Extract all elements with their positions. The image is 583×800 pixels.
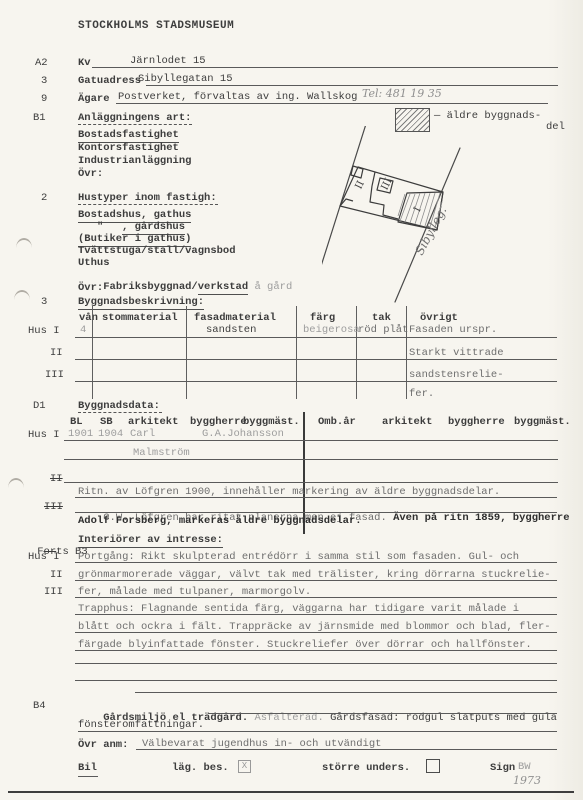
b4-line2: fönsteromfattningar. bbox=[78, 719, 204, 731]
row-label-hus1: Hus I bbox=[28, 325, 60, 337]
field-value-gatuadress: Sibyllegatan 15 bbox=[138, 73, 233, 85]
d1-header-sb: SB bbox=[100, 416, 113, 428]
field-value-agare: Postverket, förvaltas av ing. Wallskog bbox=[118, 91, 357, 103]
handwritten-year: 1973 bbox=[513, 775, 541, 788]
section-title-hustyper: Hustyper inom fastigh: bbox=[78, 192, 217, 204]
cell-bl: 1901 bbox=[68, 428, 93, 440]
empty-rule bbox=[135, 692, 557, 693]
bil-label: Bil bbox=[78, 762, 97, 774]
section-code-d1: D1 bbox=[33, 400, 46, 412]
cell-fasadmaterial: sandsten bbox=[206, 324, 256, 336]
street-line-left bbox=[322, 126, 366, 282]
row-rule bbox=[75, 562, 557, 563]
scanned-form-page: STOCKHOLMS STADSMUSEUM A2 Kv Järnlodet 1… bbox=[0, 0, 583, 800]
col-header-stommaterial: stommaterial bbox=[102, 312, 178, 324]
s2-item: Uthus bbox=[78, 257, 110, 269]
col-header-fasadmaterial: fasadmaterial bbox=[194, 312, 276, 324]
field-label-kv: Kv bbox=[78, 57, 91, 69]
section-code-b4: B4 bbox=[33, 700, 46, 712]
dashed-rule bbox=[78, 124, 192, 125]
row-rule bbox=[75, 632, 557, 633]
col-header-van: vån bbox=[79, 312, 98, 324]
field-code-gatuadress: 3 bbox=[41, 75, 47, 87]
ovr-anm-label: Övr anm: bbox=[78, 739, 128, 751]
b1-item: Kontorsfastighet bbox=[78, 142, 179, 154]
col-rule bbox=[406, 306, 407, 399]
d1-header-arkitekt: arkitekt bbox=[128, 416, 178, 428]
row-rule bbox=[75, 512, 557, 513]
field-code-kv: A2 bbox=[35, 57, 48, 69]
section-code-3: 3 bbox=[41, 296, 47, 308]
checkbox-lag-bes: X bbox=[238, 760, 251, 773]
row-label-hus2-struck: II bbox=[50, 473, 63, 485]
d1-header-arkitekt2: arkitekt bbox=[382, 416, 432, 428]
cell-ovrigt: fer. bbox=[409, 388, 434, 400]
row-rule bbox=[75, 359, 557, 360]
field-label-gatuadress: Gatuadress bbox=[78, 75, 141, 87]
field-label-agare: Ägare bbox=[78, 93, 110, 105]
page-bottom-rule bbox=[8, 791, 574, 793]
row-rule bbox=[75, 337, 557, 338]
section-title-interiorer: Interiörer av intresse: bbox=[78, 534, 223, 548]
rule bbox=[116, 103, 548, 104]
cell-byggherre: G.A.Johansson bbox=[202, 428, 284, 440]
row-label-hus3: III bbox=[45, 369, 64, 381]
checkbox-storre-unders bbox=[426, 759, 440, 773]
row-label-hus1: Hus I bbox=[28, 551, 60, 563]
row-label-hus2: II bbox=[50, 569, 63, 581]
s2-item: Tvättstuga/stall/vagnsbod bbox=[78, 245, 236, 257]
col-rule bbox=[186, 306, 187, 399]
row-label-hus3: III bbox=[44, 586, 63, 598]
cell-van: 4 bbox=[80, 324, 86, 336]
dashed-rule bbox=[78, 204, 218, 205]
b1-item: Industrianläggning bbox=[78, 155, 191, 167]
section-title-byggnadsdata: Byggnadsdata: bbox=[78, 400, 160, 412]
pencil-mark bbox=[8, 478, 24, 488]
row-rule bbox=[75, 497, 557, 498]
handwritten-phone-note: Tel: 481 19 35 bbox=[362, 88, 442, 101]
row-rule bbox=[64, 459, 558, 460]
col-header-ovrigt: övrigt bbox=[420, 312, 458, 324]
col-rule bbox=[296, 306, 297, 399]
cell-arkitekt: Carl bbox=[130, 428, 155, 440]
row-rule bbox=[75, 580, 557, 581]
rule bbox=[92, 67, 558, 68]
pencil-mark bbox=[14, 290, 30, 300]
d1-note: Adolf Forsberg, markeras äldre byggnadsd… bbox=[78, 515, 362, 527]
s2-item: Övr: bbox=[78, 282, 103, 294]
cell-ovrigt: Fasaden urspr. bbox=[409, 324, 497, 336]
bil-underline bbox=[78, 776, 98, 777]
col-rule bbox=[356, 306, 357, 399]
d1-header-byggmast: byggmäst. bbox=[243, 416, 300, 428]
row-rule bbox=[208, 713, 557, 714]
row-rule bbox=[136, 749, 557, 750]
col-header-tak: tak bbox=[372, 312, 391, 324]
d1-header-byggherre2: byggherre bbox=[448, 416, 505, 428]
empty-rule bbox=[75, 663, 557, 664]
cell-farg: beigerosa bbox=[303, 324, 360, 336]
row-rule bbox=[78, 731, 557, 732]
page-title: STOCKHOLMS STADSMUSEUM bbox=[78, 20, 234, 33]
rule bbox=[146, 85, 558, 86]
sign-label: Sign bbox=[490, 762, 515, 774]
row-label-hus2: II bbox=[50, 347, 63, 359]
row-rule bbox=[64, 440, 558, 441]
section-code-2: 2 bbox=[41, 192, 47, 204]
legend-label-2: del bbox=[546, 121, 565, 133]
b1-item: Övr: bbox=[78, 168, 103, 180]
ditto-mark: " bbox=[97, 221, 103, 233]
cell-arkitekt-2: Malmström bbox=[133, 447, 190, 459]
sign-initials: BW bbox=[518, 761, 531, 773]
field-value-kv: Järnlodet 15 bbox=[130, 55, 206, 67]
row-rule bbox=[64, 482, 558, 483]
cell-tak: röd plåt bbox=[358, 324, 408, 336]
row-label-hus3-struck: III bbox=[44, 501, 63, 513]
d1-header-byggmast2: byggmäst. bbox=[514, 416, 571, 428]
legend-label: — äldre byggnads- bbox=[434, 110, 541, 122]
d1-header-ombar: Omb.år bbox=[318, 416, 356, 428]
row-rule bbox=[75, 381, 557, 382]
d1-header-bl: BL bbox=[70, 416, 83, 428]
cell-ovrigt: sandstensrelie- bbox=[409, 369, 504, 381]
plan-label-hus2: II bbox=[354, 179, 367, 191]
row-label-hus1: Hus I bbox=[28, 429, 60, 441]
col-header-farg: färg bbox=[310, 312, 335, 324]
pencil-mark bbox=[16, 238, 32, 248]
row-rule bbox=[75, 614, 557, 615]
section-title-b1: Anläggningens art: bbox=[78, 112, 191, 124]
cell-sb: 1904 bbox=[98, 428, 123, 440]
d1-header-byggherre: byggherre bbox=[190, 416, 247, 428]
col-rule bbox=[92, 306, 93, 399]
site-plan-sketch: II III I Sibylleg. bbox=[322, 126, 492, 308]
cell-ovrigt: Starkt vittrade bbox=[409, 347, 504, 359]
dashed-rule bbox=[78, 412, 162, 413]
lag-bes-label: läg. bes. bbox=[172, 762, 229, 774]
section-code-b1: B1 bbox=[33, 112, 46, 124]
storre-unders-label: större unders. bbox=[322, 762, 410, 774]
row-rule bbox=[75, 597, 557, 598]
empty-rule bbox=[75, 680, 557, 681]
b1-item: Bostadsfastighet bbox=[78, 129, 179, 143]
field-code-agare: 9 bbox=[41, 93, 47, 105]
row-rule bbox=[75, 650, 557, 651]
